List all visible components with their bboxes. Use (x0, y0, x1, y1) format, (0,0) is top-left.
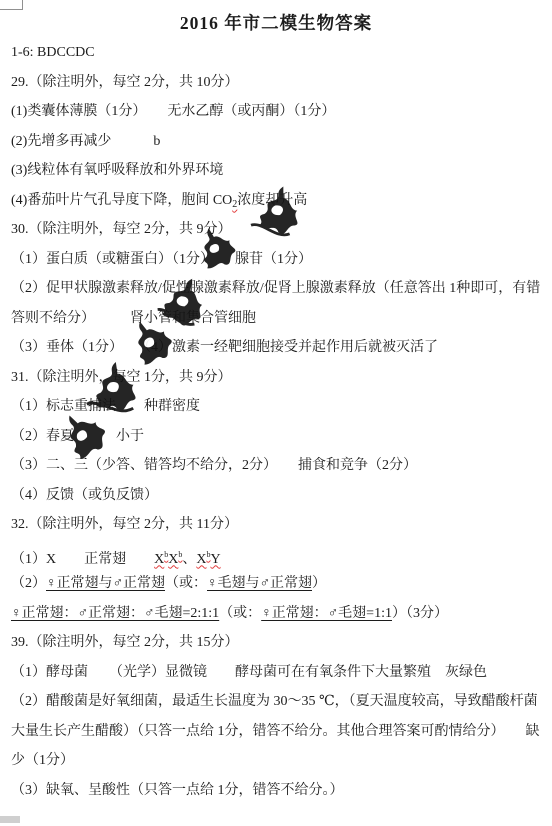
text-segment: （3）垂体（1分） （4）激素一经靶细胞接受并起作用后就被灭活了 (11, 340, 438, 355)
text-segment: （3）缺氧、呈酸性（只答一点给 1分，错答不给分。） (11, 783, 344, 798)
doc-line-15: （3）二、三（少答、错答均不给分，2分） 捕食和竞争（2分） (0, 451, 552, 481)
text-segment: ） (312, 576, 326, 591)
text-segment: 答则不给分） 肾小管和集合管细胞 (11, 311, 256, 326)
text-segment: 29.（除注明外，每空 2分，共 10分） (11, 75, 239, 90)
document-body: 1-6: BDCCDC29.（除注明外，每空 2分，共 10分）(1)类囊体薄膜… (0, 36, 552, 805)
doc-line-23: （2）醋酸菌是好氧细菌，最适生长温度为 30～35 ℃，（夏天温度较高，导致醋酸… (0, 687, 552, 717)
scrollbar-fragment (0, 816, 20, 823)
text-segment: 30.（除注明外，每空 2分，共 9分） (11, 222, 232, 237)
doc-line-20: ♀正常翅：♂正常翅：♂毛翅=2:1:1（或：♀正常翅：♂毛翅=1:1）（3分） (0, 599, 552, 629)
doc-line-22: （1）酵母菌 （光学）显微镜 酵母菌可在有氧条件下大量繁殖 灰绿色 (0, 658, 552, 688)
text-segment: （2）醋酸菌是好氧细菌，最适生长温度为 30～35 ℃，（夏天温度较高，导致醋酸… (11, 694, 538, 709)
doc-line-4: (2)先增多再减少 b (0, 127, 552, 157)
doc-line-24: 大量生长产生醋酸）（只答一点给 1分，错答不给分。其他合理答案可酌情给分） 缺 (0, 717, 552, 747)
doc-line-6: (4)番茄叶片气孔导度下降，胞间 CO2浓度却升高 (0, 186, 552, 216)
doc-line-9: （2）促甲状腺激素释放/促性腺激素释放/促肾上腺激素释放（任意答出 1种即可，有… (0, 274, 552, 304)
text-segment: （或： (219, 606, 261, 621)
text-segment: (3)线粒体有氧呼吸释放和外界环境 (11, 163, 223, 178)
doc-line-11: （3）垂体（1分） （4）激素一经靶细胞接受并起作用后就被灭活了 (0, 333, 552, 363)
text-segment: (1)类囊体薄膜（1分） 无水乙醇（或丙酮）（1分） (11, 104, 335, 119)
text-segment: X (196, 552, 206, 567)
doc-line-17: 32.（除注明外，每空 2分，共 11分） (0, 510, 552, 540)
doc-line-1: 1-6: BDCCDC (0, 38, 552, 68)
doc-line-7: 30.（除注明外，每空 2分，共 9分） (0, 215, 552, 245)
doc-line-12: 31.（除注明外，每空 1分，共 9分） (0, 363, 552, 393)
text-segment: （1）酵母菌 （光学）显微镜 酵母菌可在有氧条件下大量繁殖 灰绿色 (11, 665, 487, 680)
doc-line-3: (1)类囊体薄膜（1分） 无水乙醇（或丙酮）（1分） (0, 97, 552, 127)
doc-line-21: 39.（除注明外，每空 2分，共 15分） (0, 628, 552, 658)
text-segment: 32.（除注明外，每空 2分，共 11分） (11, 517, 238, 532)
answer-sheet-page: 2016 年市二模生物答案 1-6: BDCCDC29.（除注明外，每空 2分，… (0, 0, 552, 826)
text-segment: ♀正常翅与♂正常翅 (46, 576, 165, 591)
doc-line-19: （2）♀正常翅与♂正常翅（或：♀毛翅与♂正常翅） (0, 569, 552, 599)
text-segment: 31.（除注明外，每空 1分，共 9分） (11, 370, 232, 385)
text-segment: ）（3分） (392, 606, 448, 621)
doc-line-25: 少（1分） (0, 746, 552, 776)
text-segment: （2）春夏 小于 (11, 429, 144, 444)
text-segment: 大量生长产生醋酸）（只答一点给 1分，错答不给分。其他合理答案可酌情给分） 缺 (11, 724, 540, 739)
doc-line-5: (3)线粒体有氧呼吸释放和外界环境 (0, 156, 552, 186)
text-segment: (4)番茄叶片气孔导度下降，胞间 CO (11, 193, 232, 208)
text-segment: ♀正常翅：♂正常翅：♂毛翅=2:1:1 (11, 606, 219, 621)
text-segment: （4）反馈（或负反馈） (11, 488, 158, 503)
text-segment: 39.（除注明外，每空 2分，共 15分） (11, 635, 239, 650)
doc-line-16: （4）反馈（或负反馈） (0, 481, 552, 511)
doc-line-14: （2）春夏 小于 (0, 422, 552, 452)
text-segment: Y (211, 552, 221, 567)
text-segment: （1）X 正常翅 (11, 552, 154, 567)
text-segment: X (168, 552, 178, 567)
window-corner-artifact (0, 0, 23, 10)
doc-line-8: （1）蛋白质（或糖蛋白）（1分） 腺苷（1分） (0, 245, 552, 275)
text-segment: 浓度却升高 (237, 193, 307, 208)
text-segment: X (154, 552, 164, 567)
text-segment: （2）促甲状腺激素释放/促性腺激素释放/促肾上腺激素释放（任意答出 1种即可，有… (11, 281, 540, 296)
doc-line-26: （3）缺氧、呈酸性（只答一点给 1分，错答不给分。） (0, 776, 552, 806)
text-segment: ♀正常翅：♂毛翅=1:1 (261, 606, 392, 621)
text-segment: （3）二、三（少答、错答均不给分，2分） 捕食和竞争（2分） (11, 458, 417, 473)
text-segment: ♀毛翅与♂正常翅 (207, 576, 312, 591)
text-segment: 、 (182, 552, 196, 567)
text-segment: （2） (11, 576, 46, 591)
text-segment: （1）蛋白质（或糖蛋白）（1分） 腺苷（1分） (11, 252, 312, 267)
text-segment: 1-6: BDCCDC (11, 45, 95, 60)
doc-line-18: （1）X 正常翅 XbXb、XbY (0, 540, 552, 570)
text-segment: (2)先增多再减少 b (11, 134, 160, 149)
doc-line-2: 29.（除注明外，每空 2分，共 10分） (0, 68, 552, 98)
doc-line-10: 答则不给分） 肾小管和集合管细胞 (0, 304, 552, 334)
doc-line-13: （1）标志重捕法 种群密度 (0, 392, 552, 422)
text-segment: 少（1分） (11, 753, 74, 768)
text-segment: （1）标志重捕法 种群密度 (11, 399, 200, 414)
text-segment: （或： (165, 576, 207, 591)
page-title: 2016 年市二模生物答案 (0, 0, 552, 36)
